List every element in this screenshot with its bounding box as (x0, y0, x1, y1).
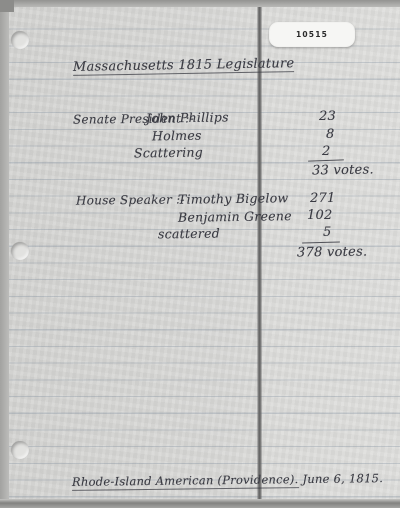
citation-source: Rhode-Island American (Providence). (72, 472, 299, 491)
candidate-name: Holmes (152, 130, 202, 143)
senate-total: 33 votes. (312, 163, 374, 177)
candidate-name: Timothy Bigelow (178, 192, 289, 206)
candidate-name: Benjamin Greene (178, 210, 292, 224)
house-heading: House Speaker :- (76, 193, 185, 206)
house-total: 378 votes. (297, 246, 368, 260)
vote-count: 23 (319, 110, 336, 123)
page-seam (257, 6, 262, 501)
vote-count: 102 (307, 209, 333, 222)
hole-punch-middle (11, 242, 29, 260)
catalog-sticker: 10515 (269, 22, 355, 47)
candidate-name: John Phillips (146, 111, 229, 125)
vote-count: 2 (322, 145, 331, 158)
scan-edge-bottom (0, 499, 400, 508)
scanned-page: 10515 Massachusetts 1815 Legislature Sen… (0, 0, 400, 508)
hole-punch-bottom (11, 441, 29, 459)
vote-count: 8 (326, 128, 335, 141)
vote-count: 5 (323, 226, 332, 239)
catalog-number: 10515 (296, 30, 328, 39)
hole-punch-top (11, 31, 29, 49)
scan-corner (0, 0, 14, 12)
candidate-name: scattered (158, 228, 220, 241)
scan-edge-left (0, 0, 9, 508)
citation-date: June 6, 1815. (302, 471, 383, 486)
scan-edge-top (0, 0, 400, 7)
candidate-name: Scattering (134, 147, 203, 160)
vote-count: 271 (310, 192, 336, 205)
